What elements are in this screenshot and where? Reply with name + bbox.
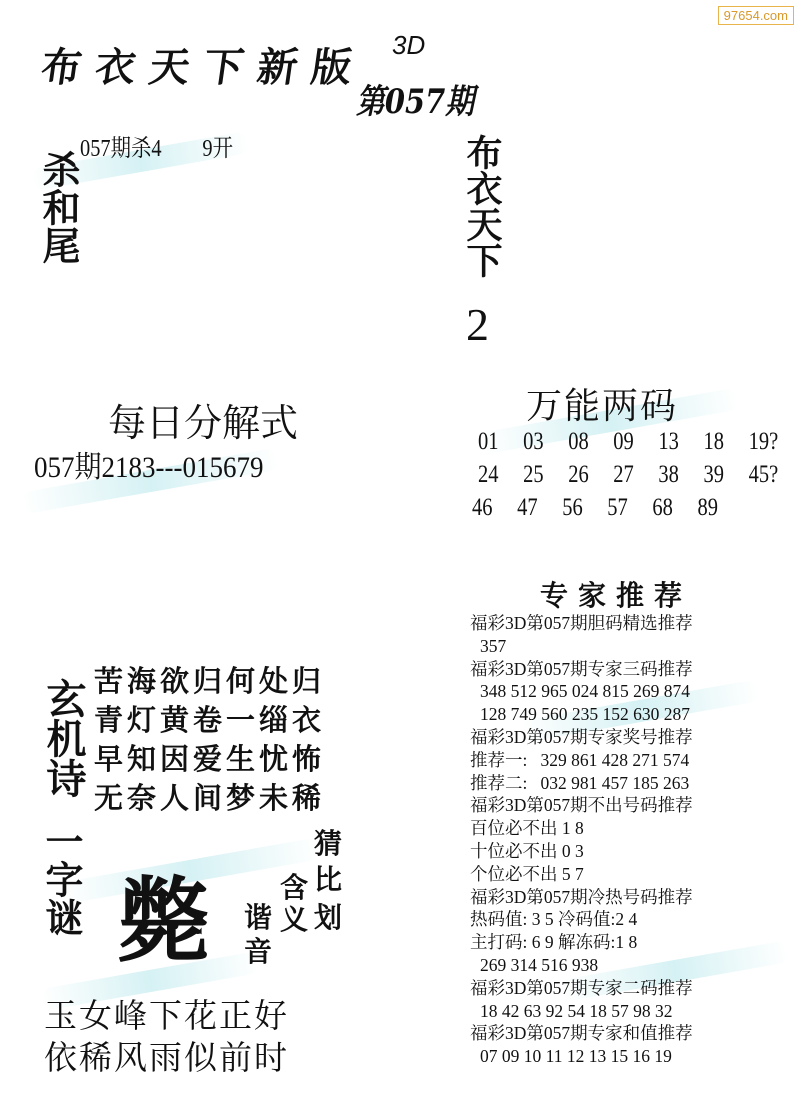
expert-line: 福彩3D第057期胆码精选推荐 [470,612,693,635]
expert-line: 福彩3D第057期专家奖号推荐 [470,726,693,749]
expert-line: 福彩3D第057期冷热号码推荐 [470,886,693,909]
poem-line: 青灯黄卷一缁衣 [94,701,325,740]
poem-line: 苦海欲归何处归 [94,662,325,701]
riddle-hint: 划 [314,896,342,936]
bottom-poem-line: 玉女峰下花正好 [44,996,289,1038]
expert-line: 个位必不出 5 7 [470,863,693,886]
bottom-poem-line: 依稀风雨似前时 [44,1038,289,1080]
riddle-hint: 比 [314,858,342,898]
poem-line: 无奈人间梦未稀 [94,779,325,818]
side-number-right: 2 [466,298,489,351]
expert-line: 十位必不出 0 3 [470,840,693,863]
expert-line: 福彩3D第057期专家二码推荐 [470,977,693,1000]
wanneng-title: 万能两码 [526,378,678,429]
wanneng-row: 464756576889 [472,494,793,527]
side-label-left: 杀和尾 [30,150,86,264]
poem-line: 早知因爱生忧怖 [94,740,325,779]
issue-label: 第057期 [356,74,474,123]
expert-line: 福彩3D第057期不出号码推荐 [470,794,693,817]
code: 08 [568,428,613,461]
daily-formula-line: 057期2183---015679 [34,442,263,486]
site-badge-link[interactable]: 97654.com [718,6,794,25]
poem-label: 玄机诗 [38,678,88,798]
bottom-poem: 玉女峰下花正好 依稀风雨似前时 [44,996,289,1080]
kill-info: 057期杀49开 [80,128,233,163]
code: 26 [568,461,613,494]
code: 24 [478,461,523,494]
code: 45? [749,461,794,494]
page-title: 布衣天下新版 [38,36,370,93]
code: 27 [613,461,658,494]
expert-line: 百位必不出 1 8 [470,817,693,840]
expert-line: 07 09 10 11 12 13 15 16 19 [470,1045,693,1068]
expert-line: 福彩3D第057期专家和值推荐 [470,1022,693,1045]
open-number: 9开 [202,136,233,162]
code: 03 [523,428,568,461]
code: 46 [472,494,517,527]
side-label-right: 布衣天下 [460,134,504,278]
code: 56 [562,494,607,527]
expert-line: 348 512 965 024 815 269 874 [470,680,693,703]
riddle-hint: 音 [244,930,272,970]
expert-line: 推荐一: 329 861 428 271 574 [470,749,693,772]
wanneng-row: 01030809131819? [478,428,794,461]
expert-line: 热码值: 3 5 冷码值:2 4 [470,908,693,931]
riddle-hint: 义 [280,898,308,938]
expert-line: 推荐二: 032 981 457 185 263 [470,772,693,795]
code: 01 [478,428,523,461]
code: 19? [749,428,794,461]
game-label: 3D [392,30,425,61]
expert-line: 128 749 560 235 152 630 287 [470,703,693,726]
expert-line: 269 314 516 938 [470,954,693,977]
expert-line: 主打码: 6 9 解冻码:1 8 [470,931,693,954]
code: 57 [607,494,652,527]
wanneng-row: 24252627383945? [478,461,794,494]
daily-formula-title: 每日分解式 [108,392,298,447]
code: 39 [704,461,749,494]
expert-list: 福彩3D第057期胆码精选推荐 357 福彩3D第057期专家三码推荐 348 … [470,612,693,1068]
code: 09 [613,428,658,461]
code: 38 [658,461,703,494]
code: 18 [704,428,749,461]
riddle-hint: 猜 [314,822,342,862]
code: 47 [517,494,562,527]
riddle-character: 斃 [118,848,210,980]
expert-title: 专家推荐 [540,574,692,614]
wanneng-grid: 01030809131819? 24252627383945? 46475657… [478,428,800,527]
expert-line: 18 42 63 92 54 18 57 98 32 [470,1000,693,1023]
expert-line: 福彩3D第057期专家三码推荐 [470,658,693,681]
code: 25 [523,461,568,494]
expert-line: 357 [470,635,693,658]
code: 68 [652,494,697,527]
kill-number: 057期杀4 [80,136,162,162]
riddle-label: 一字谜 [36,822,86,936]
code: 89 [698,494,743,527]
code: 13 [658,428,703,461]
poem-lines: 苦海欲归何处归 青灯黄卷一缁衣 早知因爱生忧怖 无奈人间梦未稀 [94,662,325,818]
